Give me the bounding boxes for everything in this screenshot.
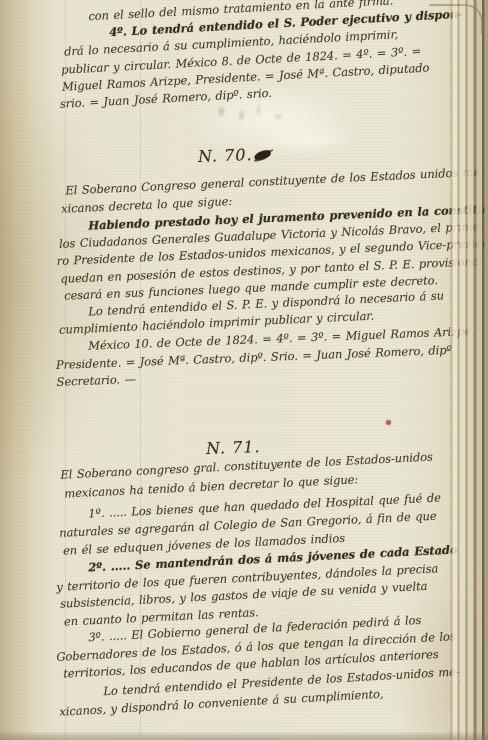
decree-69-closing-paragraph: con el sello del mismo tratamiento en la… [55, 0, 465, 113]
red-stain-dot [386, 420, 391, 425]
page-corner-curve [429, 4, 483, 34]
decree-70-number-heading: N. 70. [198, 145, 253, 166]
decree-71-number-heading: N. 71. [206, 437, 261, 458]
manuscript-page-scan: con el sello del mismo tratamiento en la… [0, 0, 488, 740]
page-bottom-edge-shadow [0, 731, 488, 740]
book-page-stack-edge [444, 0, 488, 740]
